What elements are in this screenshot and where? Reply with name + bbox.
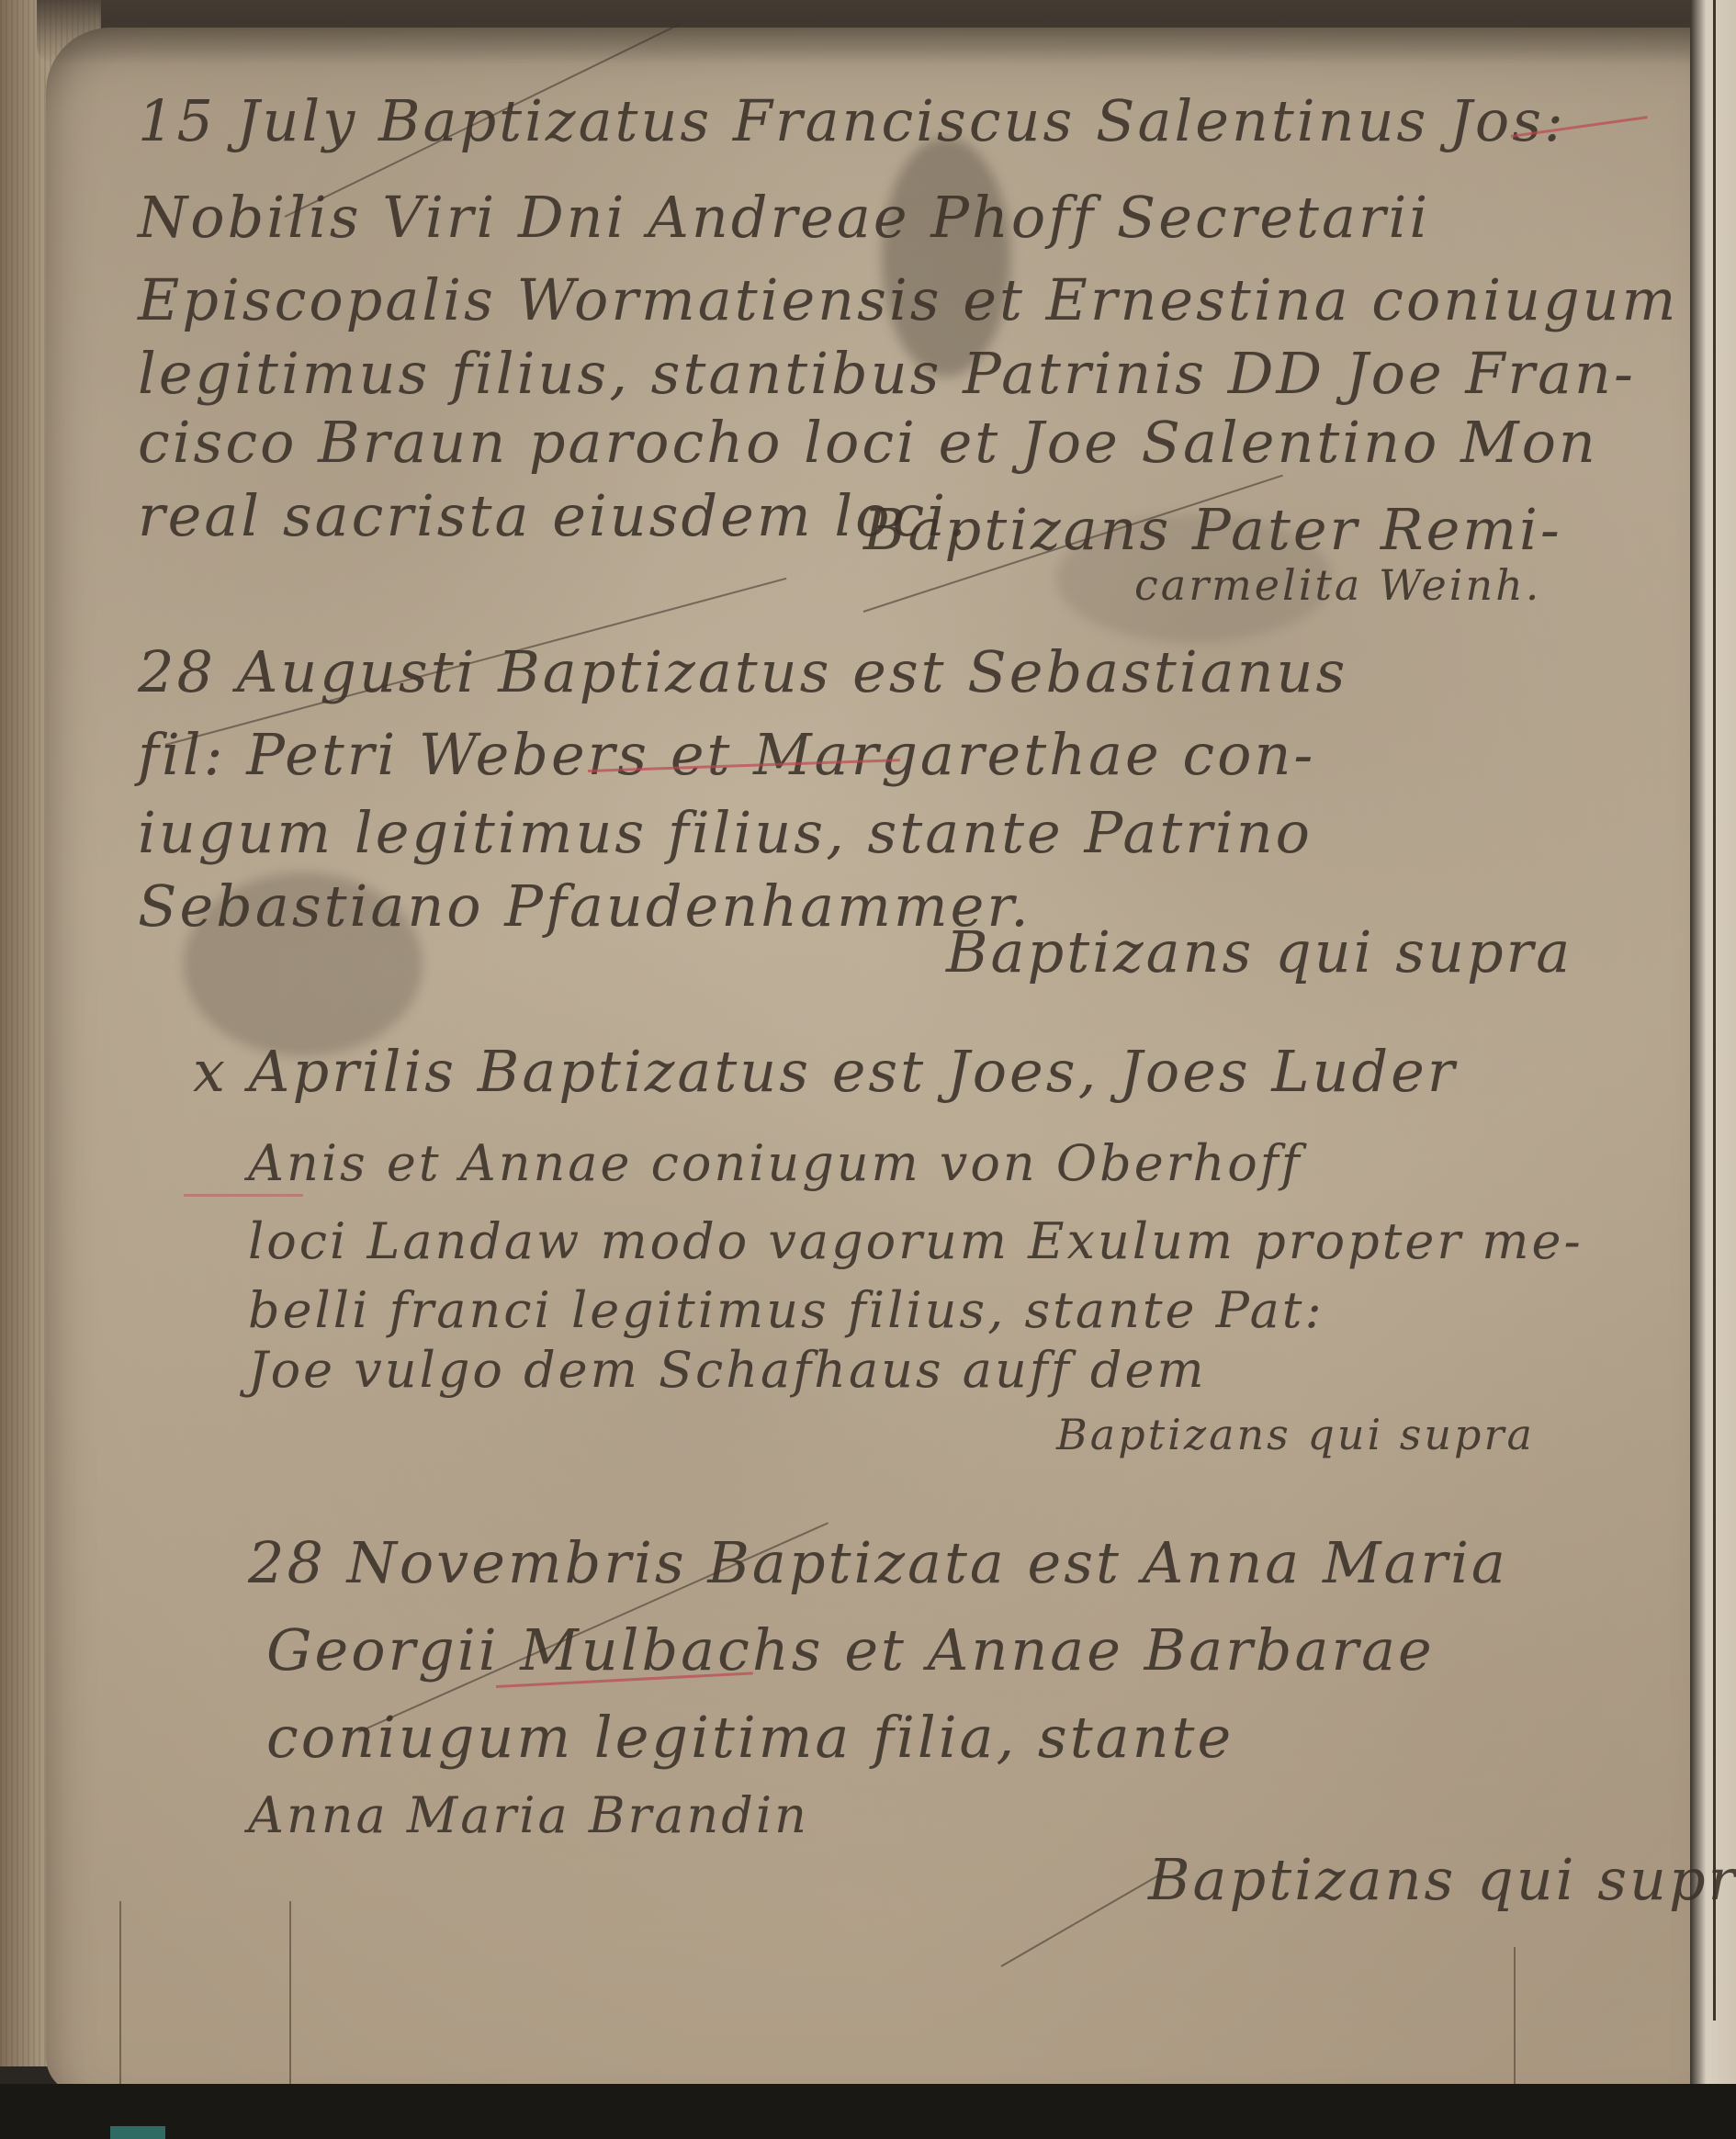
- entry-line: Anna Maria Brandin: [248, 1786, 809, 1844]
- entry-line: 28 Novembris Baptizata est Anna Maria: [248, 1529, 1508, 1596]
- cover-corner: [110, 2126, 165, 2139]
- entry-line: fil: Petri Webers et Margarethae con-: [138, 721, 1315, 788]
- entry-line: cisco Braun parocho loci et Joe Salentin…: [138, 409, 1598, 476]
- entry-line: belli franci legitimus filius, stante Pa…: [248, 1281, 1325, 1339]
- strike-line: [1001, 1874, 1161, 1967]
- baptizer-line: Baptizans qui supra: [1148, 1846, 1736, 1913]
- entry-line: Joe vulgo dem Schafhaus auff dem: [248, 1341, 1207, 1399]
- entry-line: real sacrista eiusdem loci.: [138, 482, 969, 549]
- entry-line: iugum legitimus filius, stante Patrino: [138, 799, 1313, 866]
- handwritten-text: 15 July Baptizatus Franciscus Salentinus…: [0, 0, 1736, 2139]
- entry-line: 28 Augusti Baptizatus est Sebastianus: [138, 638, 1347, 705]
- entry-line: 15 July Baptizatus Franciscus Salentinus…: [138, 87, 1566, 154]
- baptizer-line: carmelita Weinh.: [1134, 560, 1541, 610]
- scan-background: [0, 2084, 1736, 2139]
- baptizer-line: Baptizans qui supra: [946, 918, 1573, 985]
- entry-line: Sebastiano Pfaudenhammer.: [138, 872, 1031, 940]
- baptizer-line: Baptizans qui supra: [1056, 1410, 1535, 1459]
- entry-line: legitimus filius, stantibus Patrinis DD …: [138, 340, 1636, 407]
- entry-line: Episcopalis Wormatiensis et Ernestina co…: [138, 266, 1678, 333]
- baptizer-line: Baptizans Pater Remi-: [863, 496, 1562, 563]
- red-underline: [184, 1194, 303, 1197]
- entry-line: x Aprilis Baptizatus est Joes, Joes Lude…: [193, 1038, 1458, 1105]
- manuscript-scan: 15 July Baptizatus Franciscus Salentinus…: [0, 0, 1736, 2139]
- entry-line: loci Landaw modo vagorum Exulum propter …: [248, 1212, 1584, 1270]
- entry-line: Anis et Annae coniugum von Oberhoff: [248, 1134, 1302, 1192]
- entry-line: Georgii Mulbachs et Annae Barbarae: [266, 1616, 1435, 1683]
- entry-line: coniugum legitima filia, stante: [266, 1704, 1234, 1771]
